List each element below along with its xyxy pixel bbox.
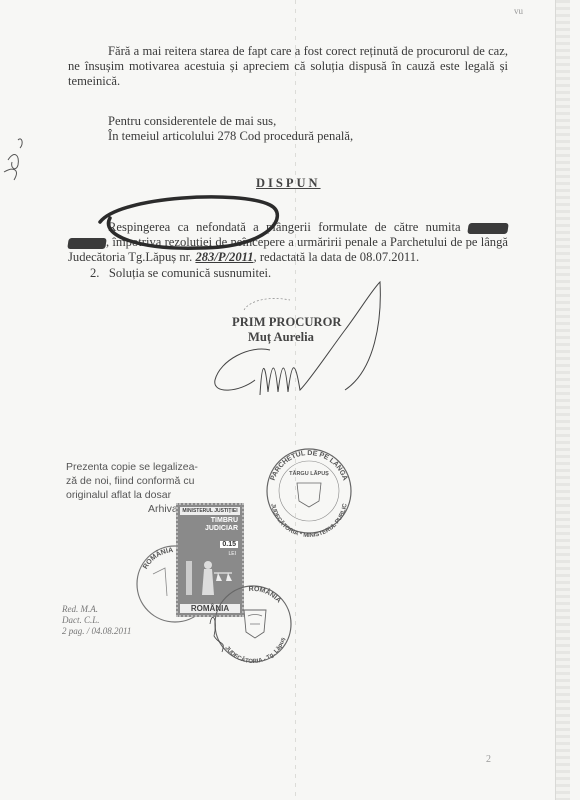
court-stamp: ROMÂNIA JUDECĂTORIA - Tg. Lăpuș bbox=[208, 580, 298, 670]
legalization-line-2: ză de noi, fiind conformă cu bbox=[66, 474, 198, 488]
marker-circle bbox=[0, 0, 580, 800]
court-stamp-bottom: JUDECĂTORIA - Tg. Lăpuș bbox=[223, 636, 287, 665]
decision-2-text: Soluția se comunică susnumitei. bbox=[109, 266, 271, 280]
legal-basis-line: În temeiul articolului 278 Cod procedură… bbox=[108, 129, 353, 144]
section-title: DISPUN bbox=[256, 176, 321, 191]
stamp-header: MINISTERUL JUSTIȚIEI bbox=[180, 507, 240, 515]
paragraph-motivation: Fără a mai reitera starea de fapt care a… bbox=[68, 44, 508, 89]
footer-redactor: Red. M.A. bbox=[62, 604, 131, 615]
svg-text:JUDECĂTORIA - Tg. Lăpuș: JUDECĂTORIA - Tg. Lăpuș bbox=[223, 636, 287, 665]
corner-mark: vu bbox=[514, 6, 523, 16]
decision-1-start: Respingerea ca nefondată a plângerii for… bbox=[108, 220, 461, 234]
stamp-value: 0.15 bbox=[220, 541, 238, 548]
scan-edge bbox=[555, 0, 570, 800]
stamp-title-1: TIMBRU bbox=[178, 517, 242, 525]
redacted-name-1: MARC bbox=[467, 223, 509, 234]
legalization-line-1: Prezenta copie se legalizea- bbox=[66, 460, 198, 474]
signatory-title: PRIM PROCUROR bbox=[232, 315, 341, 330]
signatory-name: Muț Aurelia bbox=[248, 330, 314, 345]
case-number: 283/P/2011 bbox=[195, 250, 253, 264]
considerations-line: Pentru considerentele de mai sus, bbox=[108, 114, 276, 129]
decision-item-2: 2. Soluția se comunică susnumitei. bbox=[90, 266, 271, 281]
scanned-page: vu Fără a mai reitera starea de fapt car… bbox=[0, 0, 580, 800]
handwritten-signature bbox=[0, 0, 580, 800]
footer-initials: Red. M.A. Dact. C.L. 2 pag. / 04.08.2011 bbox=[62, 604, 131, 637]
decision-1-end: , redactată la data de 08.07.2011. bbox=[254, 250, 420, 264]
decision-2-number: 2. bbox=[90, 266, 99, 280]
page-fold-line bbox=[295, 0, 296, 800]
page-number: 2 bbox=[486, 754, 491, 765]
svg-text:ROMÂNIA: ROMÂNIA bbox=[248, 586, 282, 605]
footer-typist: Dact. C.L. bbox=[62, 615, 131, 626]
stamp-title-2: JUDICIAR bbox=[178, 525, 242, 533]
prosecutor-office-stamp: PARCHETUL DE PE LÂNGĂ TÂRGU LĂPUȘ JUDECĂ… bbox=[259, 443, 359, 543]
footer-pages-date: 2 pag. / 04.08.2011 bbox=[62, 626, 131, 637]
redacted-name-2: LAURA bbox=[67, 238, 107, 249]
stamp-inner-text: TÂRGU LĂPUȘ bbox=[289, 470, 329, 477]
margin-handwritten-note bbox=[0, 110, 60, 210]
decision-item-1: Respingerea ca nefondată a plângerii for… bbox=[68, 220, 508, 265]
legalization-line-3: originalul aflat la dosar bbox=[66, 488, 198, 502]
court-stamp-top: ROMÂNIA bbox=[248, 586, 282, 605]
